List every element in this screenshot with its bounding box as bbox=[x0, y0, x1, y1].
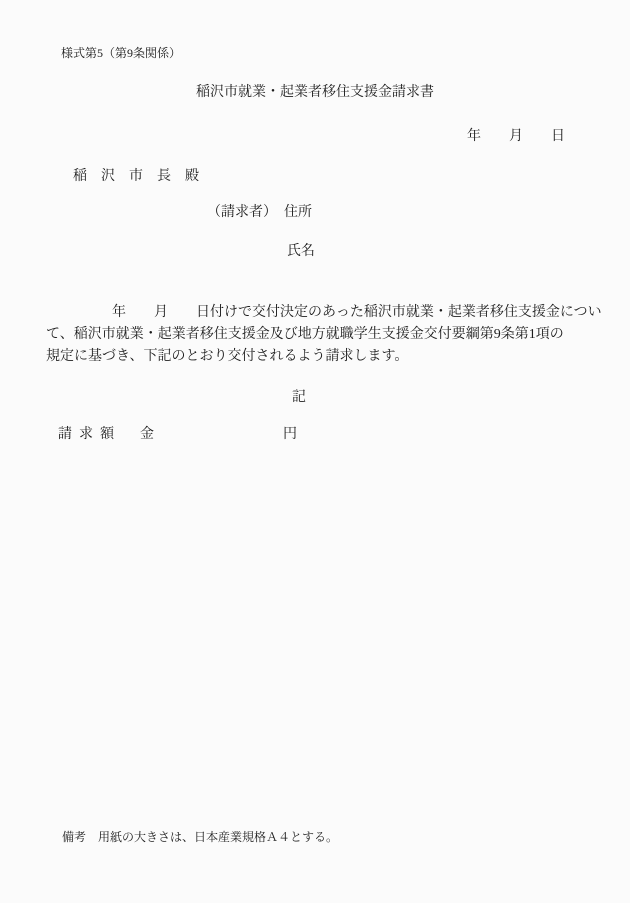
record-marker: 記 bbox=[292, 390, 306, 406]
claimant-label: （請求者） bbox=[207, 205, 277, 221]
remarks-note: 備考 用紙の大きさは、日本産業規格Ａ４とする。 bbox=[62, 831, 338, 845]
body-line-3: 規定に基づき、下記のとおり交付されるよう請求します。 bbox=[46, 349, 408, 365]
addressee-line: 稲 沢 市 長 殿 bbox=[73, 169, 199, 185]
date-line: 年 月 日 bbox=[467, 129, 565, 145]
form-number: 様式第5（第9条関係） bbox=[61, 47, 181, 61]
name-label: 氏名 bbox=[287, 244, 315, 260]
claim-amount-unit: 円 bbox=[283, 427, 297, 443]
claim-amount-currency-prefix: 金 bbox=[140, 427, 154, 443]
address-label: 住所 bbox=[284, 205, 312, 221]
claim-amount-label: 請求額 bbox=[58, 427, 121, 443]
body-line-1: 年 月 日付けで交付決定のあった稲沢市就業・起業者移住支援金につい bbox=[112, 305, 602, 321]
document-page: 様式第5（第9条関係） 稲沢市就業・起業者移住支援金請求書 年 月 日 稲 沢 … bbox=[0, 0, 630, 903]
body-line-2: て、稲沢市就業・起業者移住支援金及び地方就職学生支援金交付要綱第9条第1項の bbox=[46, 327, 564, 343]
page-title: 稲沢市就業・起業者移住支援金請求書 bbox=[0, 85, 630, 101]
